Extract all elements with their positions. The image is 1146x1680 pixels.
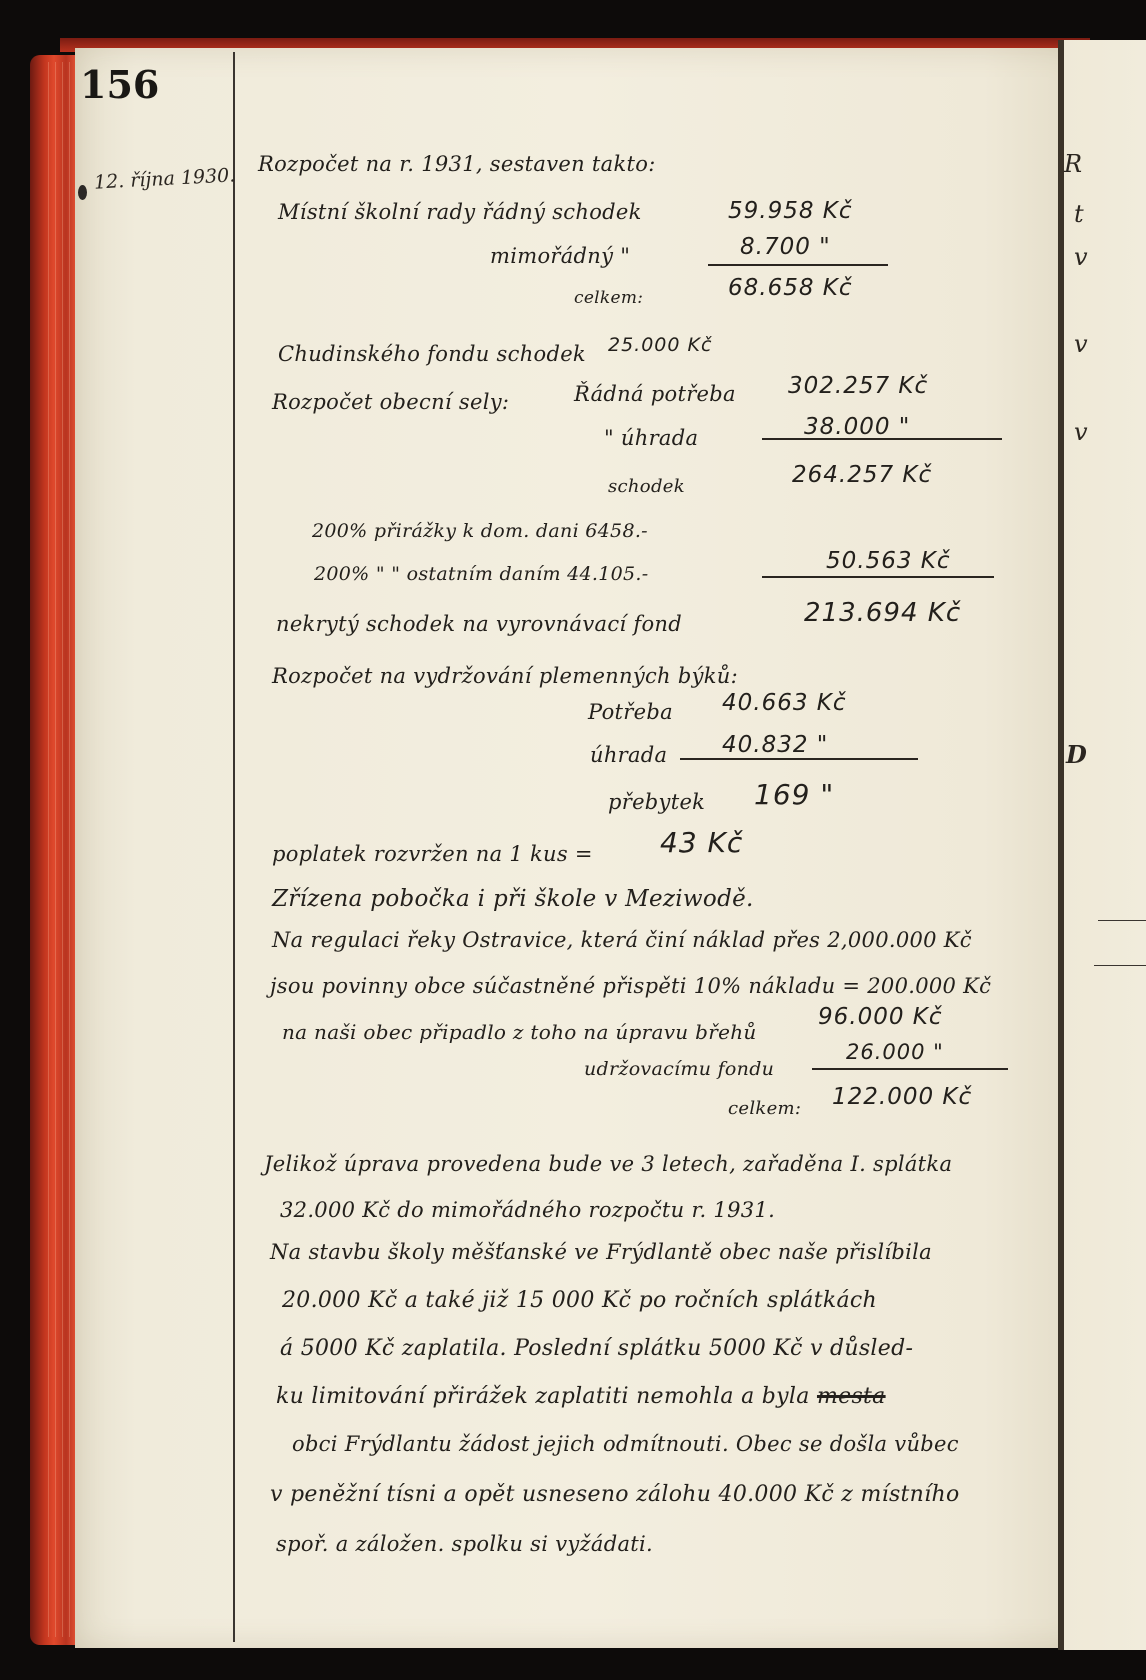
- school-board-extra-label: mimořádný ": [490, 244, 630, 268]
- installment-line-1: Jelikož úprava provedena bude ve 3 letec…: [264, 1152, 952, 1176]
- budget-heading: Rozpočet na r. 1931, sestaven takto:: [258, 152, 656, 176]
- uncovered-deficit-value: 213.694 Kč: [804, 598, 961, 628]
- facing-page-fragment: v: [1074, 243, 1088, 271]
- poor-fund-label: Chudinského fondu schodek: [278, 342, 586, 366]
- river-line-1: Na regulaci řeky Ostravice, která činí n…: [272, 928, 972, 952]
- bulls-fee-label: poplatek rozvržen na 1 kus =: [272, 842, 593, 866]
- bulls-cover-value: 40.832 ": [722, 732, 828, 758]
- sum-rule: [680, 758, 918, 760]
- sum-rule: [762, 576, 994, 578]
- municipal-cover-label: " úhrada: [604, 426, 698, 450]
- municipal-need-value: 302.257 Kč: [788, 373, 928, 399]
- facing-page-fragment: v: [1074, 418, 1088, 446]
- facing-page-rule: [1098, 920, 1146, 921]
- river-line-4-value: 26.000 ": [846, 1040, 944, 1064]
- municipal-need-label: Řádná potřeba: [574, 382, 736, 406]
- bulls-fee-value: 43 Kč: [660, 826, 743, 859]
- surcharge-house-tax: 200% přirážky k dom. dani 6458.-: [312, 520, 648, 542]
- municipal-deficit-label: schodek: [608, 476, 685, 497]
- river-line-2: jsou povinny obce súčastněné přispěti 10…: [270, 974, 991, 998]
- uncovered-deficit-label: nekrytý schodek na vyrovnávací fond: [276, 612, 682, 636]
- school-line-1: Na stavbu školy měšťanské ve Frýdlantě o…: [270, 1240, 932, 1264]
- school-line-5: obci Frýdlantu žádost jejich odmítnouti.…: [292, 1432, 959, 1456]
- school-board-regular-label: Místní školní rady řádný schodek: [278, 200, 642, 224]
- river-line-4: udržovacímu fondu: [584, 1058, 774, 1080]
- margin-rule: [233, 52, 235, 1642]
- school-line-2: 20.000 Kč a také již 15 000 Kč po ročníc…: [282, 1288, 877, 1313]
- sum-rule: [762, 438, 1002, 440]
- facing-page-fragment: R: [1064, 150, 1082, 178]
- school-line-3: á 5000 Kč zaplatila. Poslední splátku 50…: [280, 1336, 913, 1361]
- page-number: 156: [80, 62, 159, 107]
- facing-page-fragment: D: [1066, 740, 1087, 769]
- struck-word: mesta: [817, 1384, 886, 1409]
- surcharge-total-value: 50.563 Kč: [826, 548, 951, 574]
- school-board-extra-value: 8.700 ": [740, 234, 831, 260]
- municipal-deficit-value: 264.257 Kč: [792, 462, 932, 488]
- facing-page-rule: [1094, 965, 1146, 966]
- school-board-regular-value: 59.958 Kč: [728, 198, 853, 224]
- bulls-need-value: 40.663 Kč: [722, 690, 847, 716]
- bulls-budget-label: Rozpočet na vydržování plemenných býků:: [272, 664, 738, 688]
- bulls-cover-label: úhrada: [590, 743, 667, 767]
- river-line-3: na naši obec připadlo z toho na úpravu b…: [282, 1020, 757, 1044]
- surcharge-other-taxes: 200% " " ostatním daním 44.105.-: [314, 563, 648, 585]
- bulls-surplus-value: 169 ": [754, 778, 834, 811]
- river-total-value: 122.000 Kč: [832, 1084, 972, 1110]
- facing-page-fragment: t: [1074, 200, 1084, 228]
- bulls-need-label: Potřeba: [588, 700, 673, 724]
- school-board-total-label: celkem:: [574, 288, 643, 308]
- sum-rule: [708, 264, 888, 266]
- poor-fund-value: 25.000 Kč: [608, 334, 712, 356]
- bulls-surplus-label: přebytek: [608, 790, 705, 814]
- school-line-4: ku limitování přirážek zaplatiti nemohla…: [276, 1384, 886, 1409]
- school-line-7: spoř. a záložen. spolku si vyžádati.: [276, 1532, 653, 1556]
- school-line-4-text: ku limitování přirážek zaplatiti nemohla…: [276, 1384, 810, 1409]
- binding-hole: [78, 185, 87, 200]
- sum-rule: [812, 1068, 1008, 1070]
- river-line-3-value: 96.000 Kč: [818, 1004, 943, 1030]
- school-board-total-value: 68.658 Kč: [728, 275, 853, 301]
- facing-page-fragment: v: [1074, 330, 1088, 358]
- school-line-6: v peněžní tísni a opět usneseno zálohu 4…: [270, 1482, 960, 1507]
- municipal-cover-value: 38.000 ": [804, 414, 910, 440]
- facing-page-edge: R t v v v D: [1058, 40, 1146, 1650]
- installment-line-2: 32.000 Kč do mimořádného rozpočtu r. 193…: [280, 1198, 775, 1222]
- municipal-budget-label: Rozpočet obecní sely:: [272, 390, 509, 414]
- river-total-label: celkem:: [728, 1098, 801, 1119]
- branch-text: Zřízena pobočka i při škole v Meziwodě.: [272, 886, 754, 912]
